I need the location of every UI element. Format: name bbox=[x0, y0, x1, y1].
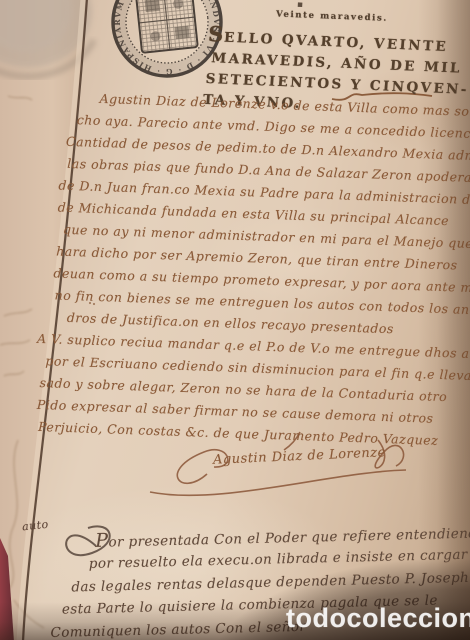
petition-body: Agustin Diaz de Lorenze v.o de esta Vill… bbox=[34, 86, 470, 453]
seal-coat-of-arms bbox=[136, 0, 198, 53]
manuscript-photo: · FERDINANDVS · VI · D · G · HISPANIARVM… bbox=[0, 0, 470, 640]
printer-ornament-icon: ▪ bbox=[297, 0, 304, 10]
todocoleccion-watermark: todocoleccion bbox=[286, 603, 470, 634]
margin-note: auto bbox=[21, 518, 49, 534]
